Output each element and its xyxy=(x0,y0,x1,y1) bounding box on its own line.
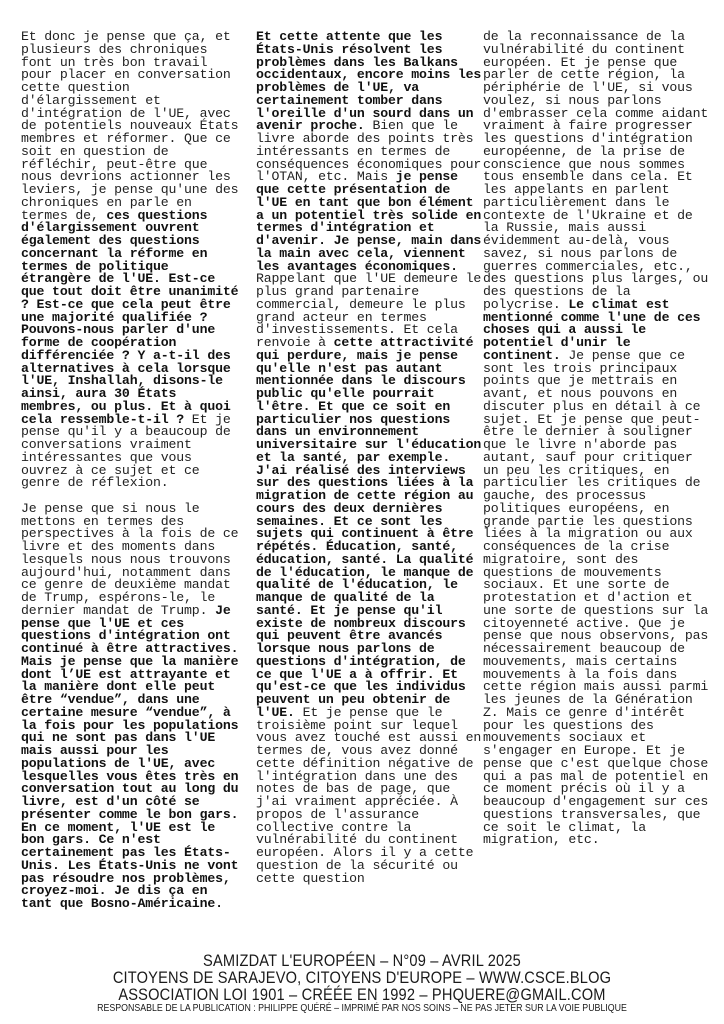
text-segment: Je pense que si nous le mettons en terme… xyxy=(21,501,238,618)
text-segment: Je pense que ce sont les trois principau… xyxy=(483,348,708,848)
paragraph: Et donc je pense que ça, et plusieurs de… xyxy=(21,31,246,490)
bold-text-segment: ces questions d'élargissement ouvrent ég… xyxy=(21,208,238,427)
association-line: ASSOCIATION LOI 1901 – CRÉÉE EN 1992 – P… xyxy=(51,986,674,1003)
paragraph: de la reconnaissance de la vulnérabilité… xyxy=(483,31,715,847)
text-segment: Et je pense qu'il y a beaucoup de conver… xyxy=(21,412,231,491)
bold-text-segment: je pense que cette présentation de l'UE … xyxy=(256,169,481,273)
masthead-footer: SAMIZDAT L'EUROPÉEN – N°09 – AVRIL 2025 … xyxy=(0,952,724,1014)
text-segment: Et donc je pense que ça, et plusieurs de… xyxy=(21,29,238,223)
publication-notice: RESPONSABLE DE LA PUBLICATION : PHILIPPE… xyxy=(58,1003,666,1014)
newsletter-page: Et donc je pense que ça, et plusieurs de… xyxy=(0,0,724,1024)
article-column-1: Et donc je pense que ça, et plusieurs de… xyxy=(21,31,246,924)
bold-text-segment: cette attractivité qui perdure, mais je … xyxy=(256,335,481,720)
paragraph: Et cette attente que les États-Unis réso… xyxy=(256,31,484,885)
bold-text-segment: Je pense que l'UE et ces questions d'int… xyxy=(21,603,238,911)
article-column-2: Et cette attente que les États-Unis réso… xyxy=(256,31,484,898)
text-segment: Et je pense que le troisième point sur l… xyxy=(256,705,481,886)
article-column-3: de la reconnaissance de la vulnérabilité… xyxy=(483,31,715,860)
paragraph: Je pense que si nous le mettons en terme… xyxy=(21,503,246,911)
organization-line: CITOYENS DE SARAJEVO, CITOYENS D'EUROPE … xyxy=(51,969,674,986)
issue-line: SAMIZDAT L'EUROPÉEN – N°09 – AVRIL 2025 xyxy=(51,952,674,969)
text-segment: de la reconnaissance de la vulnérabilité… xyxy=(483,29,708,312)
